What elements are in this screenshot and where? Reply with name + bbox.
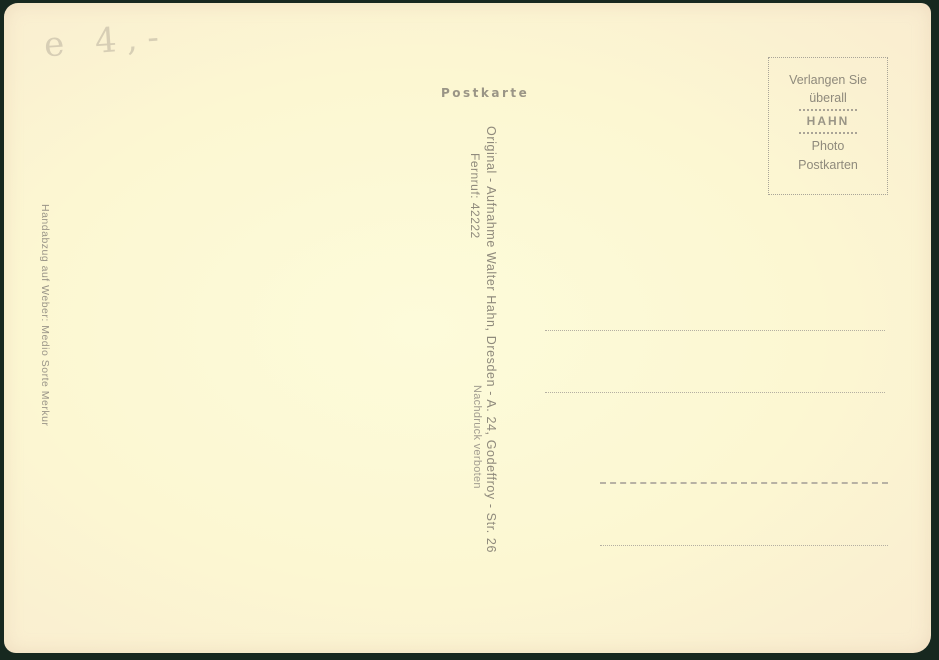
- stamp-brand: HAHN: [769, 114, 887, 128]
- stamp-rule-top: [799, 109, 857, 111]
- imprint-line-3: Nachdruck verboten: [471, 385, 483, 489]
- address-line-1: [545, 330, 885, 331]
- pencil-note: e 4,-: [43, 17, 170, 66]
- postcard-back: e 4,- Postkarte Original - Aufnahme Walt…: [4, 3, 931, 653]
- stamp-line-4: Photo: [769, 139, 887, 153]
- imprint-line-1: Original - Aufnahme Walter Hahn, Dresden…: [484, 126, 498, 553]
- address-line-4: [600, 545, 888, 546]
- stamp-line-5: Postkarten: [769, 158, 887, 172]
- postcard-title: Postkarte: [441, 86, 529, 100]
- address-line-3: [600, 482, 888, 484]
- stamp-box: Verlangen Sie überall HAHN Photo Postkar…: [768, 57, 888, 195]
- imprint-line-2: Fernruf: 42222: [468, 153, 482, 239]
- paper-note: Handabzug auf Weber: Medio Sorte Merkur: [39, 204, 51, 426]
- address-line-2: [545, 392, 885, 393]
- stamp-line-1: Verlangen Sie: [769, 73, 887, 87]
- stamp-line-2: überall: [769, 91, 887, 105]
- stamp-rule-bottom: [799, 132, 857, 134]
